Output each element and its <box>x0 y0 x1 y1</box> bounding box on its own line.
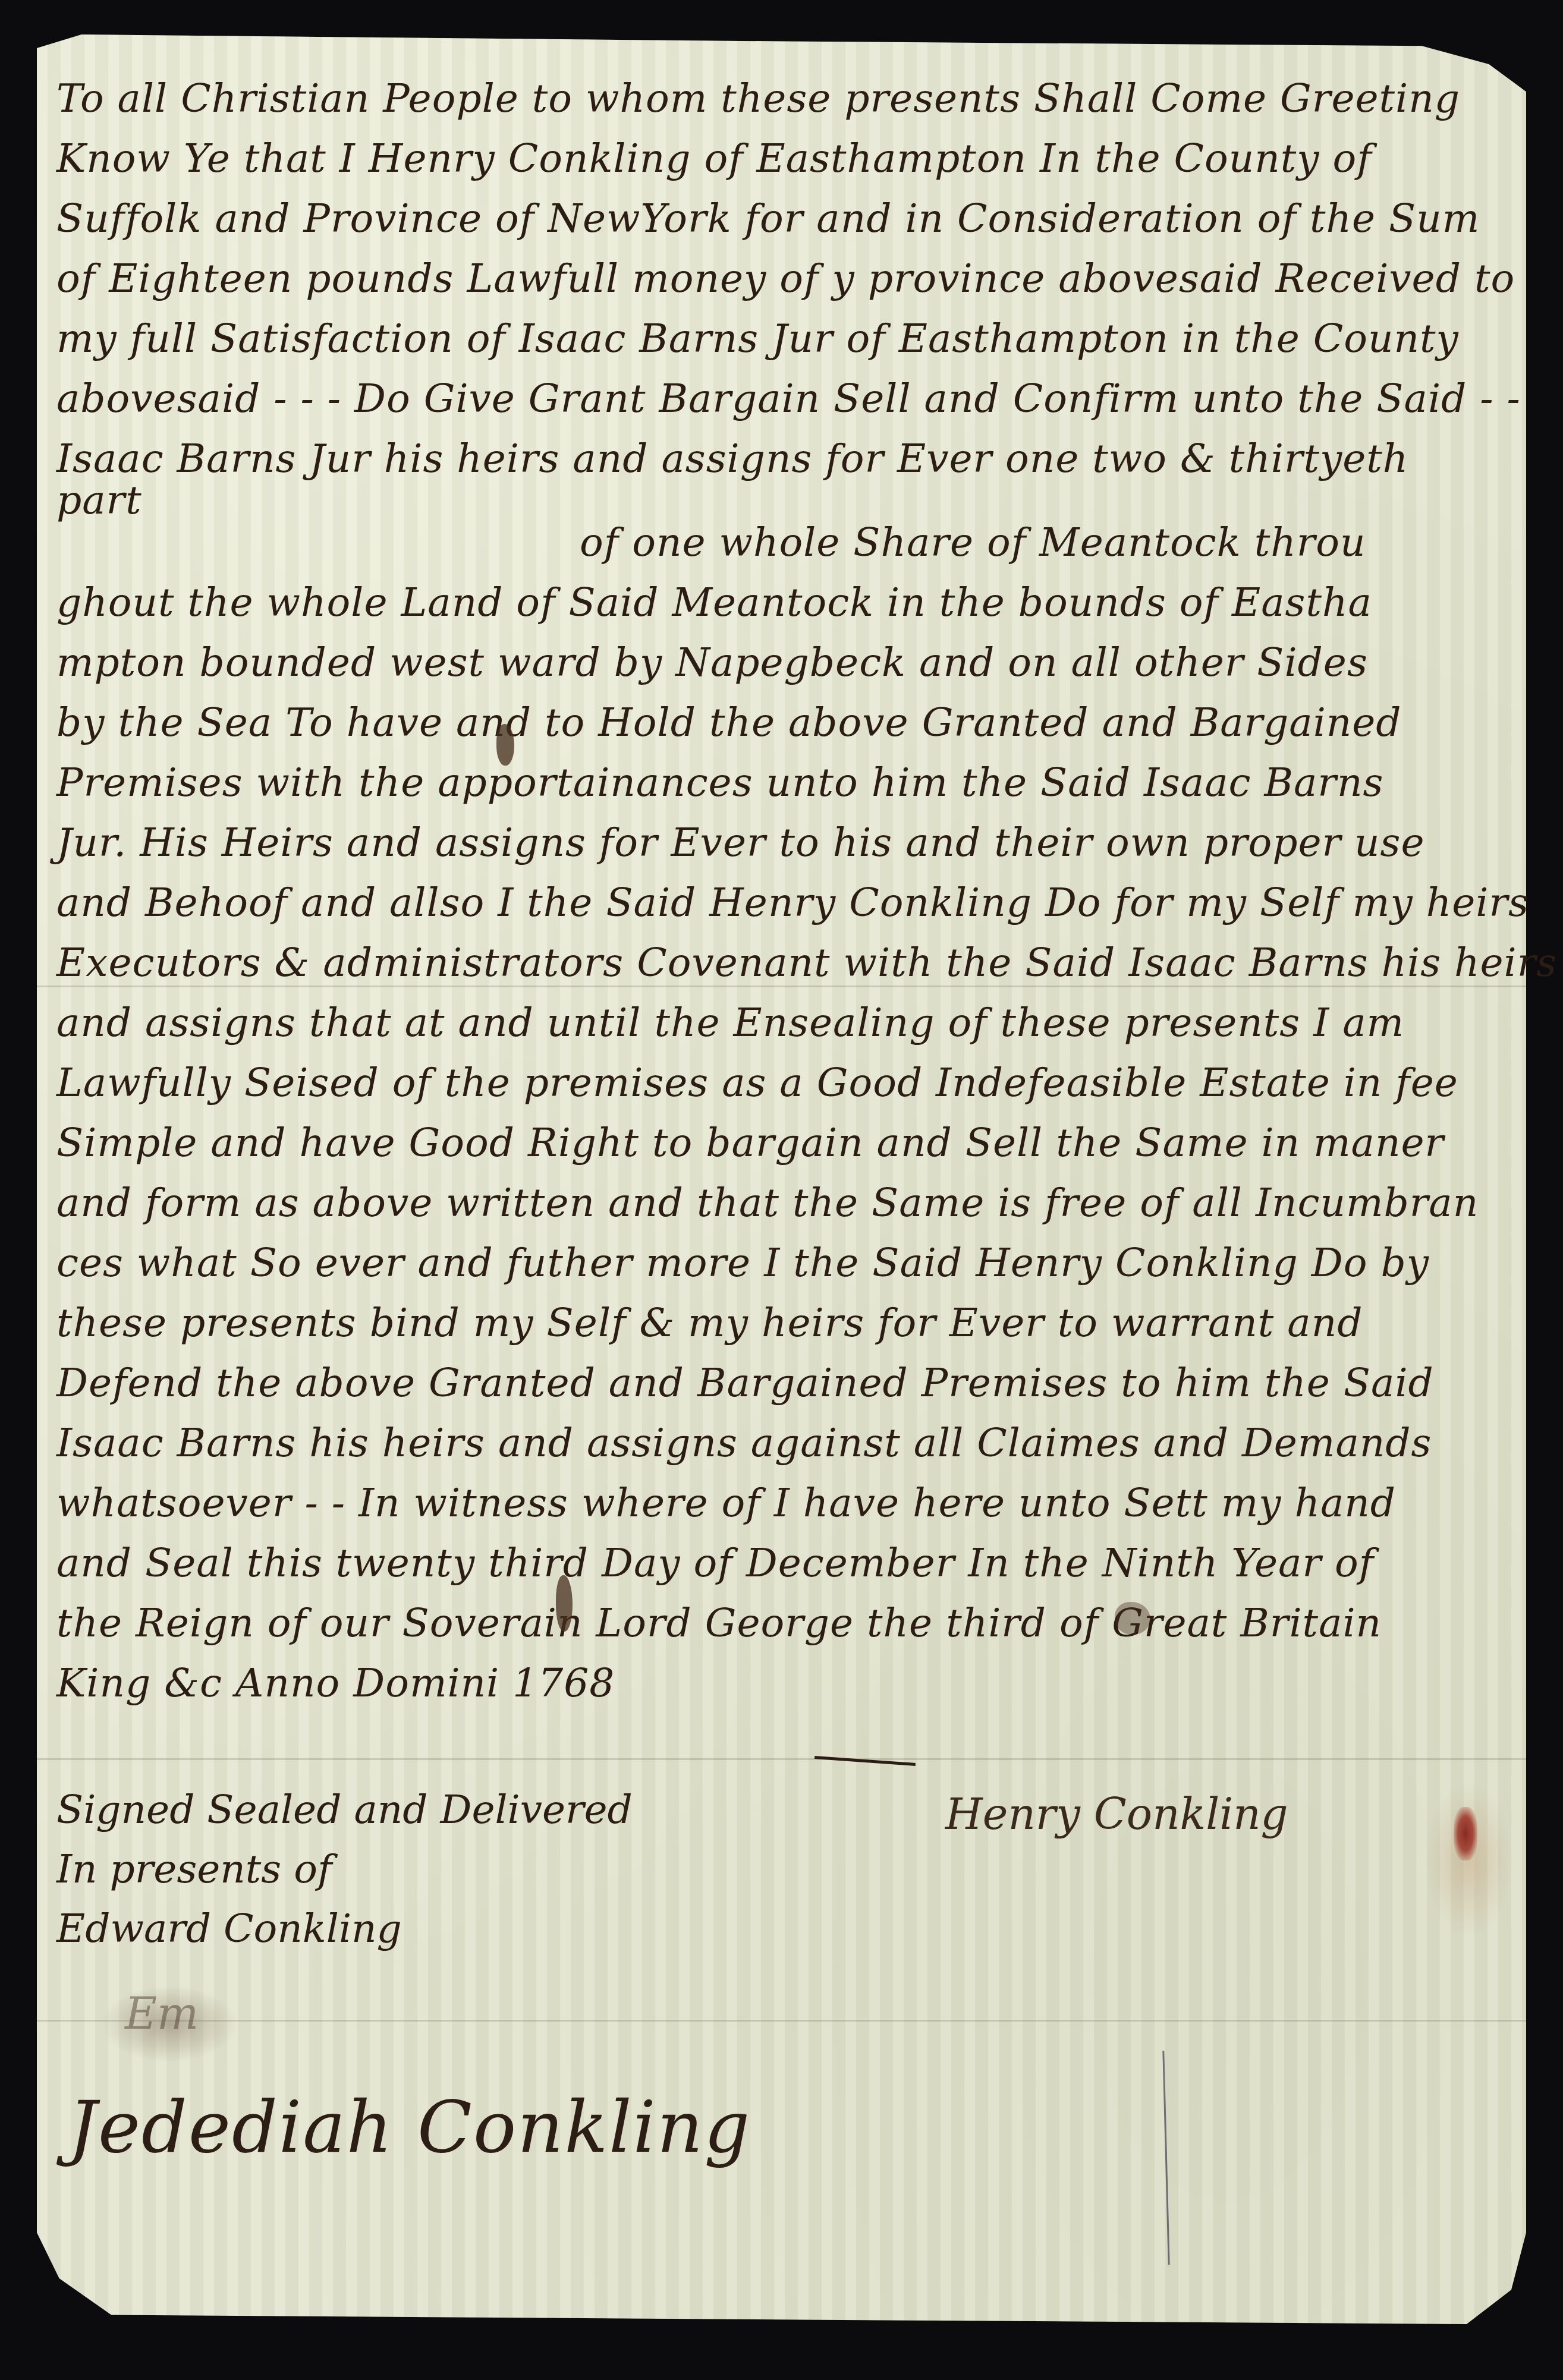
deed-line: Jur. His Heirs and assigns for Ever to h… <box>56 813 1495 873</box>
wax-seal <box>1454 1807 1477 1860</box>
deed-line: these presents bind my Self & my heirs f… <box>56 1293 1495 1353</box>
deed-line: Know Ye that I Henry Conkling of Eastham… <box>56 128 1495 188</box>
deed-line: whatsoever - - In witness where of I hav… <box>56 1473 1495 1533</box>
deed-line: of one whole Share of Meantock throu <box>56 512 1495 572</box>
deed-line: Isaac Barns his heirs and assigns agains… <box>56 1413 1495 1473</box>
deed-line: Simple and have Good Right to bargain an… <box>56 1113 1495 1173</box>
ink-blot <box>496 724 514 766</box>
ink-blot <box>1115 1602 1150 1635</box>
witness-signature: Edward Conkling <box>56 1899 1495 1959</box>
deed-line: ces what So ever and futher more I the S… <box>56 1233 1495 1293</box>
attestation-line: In presents of <box>56 1840 1495 1899</box>
paper-fold-line <box>37 1758 1526 1760</box>
deed-line: Executors & administrators Covenant with… <box>56 933 1495 993</box>
deed-line: and assigns that at and until the Enseal… <box>56 993 1495 1053</box>
grantor-signature: Henry Conkling <box>945 1789 1288 1839</box>
deed-line: To all Christian People to whom these pr… <box>56 68 1495 128</box>
deed-body-text: To all Christian People to whom these pr… <box>56 68 1495 1713</box>
deed-line: by the Sea To have and to Hold the above… <box>56 692 1495 753</box>
deed-line: and form as above written and that the S… <box>56 1173 1495 1233</box>
additional-signature: Jedediah Conkling <box>68 2086 751 2169</box>
deed-line: mpton bounded west ward by Napegbeck and… <box>56 632 1495 692</box>
ink-blot <box>556 1575 573 1632</box>
paper-fold-line <box>37 2020 1526 2022</box>
seal-stain <box>1424 1783 1513 1938</box>
deed-line: the Reign of our Soverain Lord George th… <box>56 1593 1495 1653</box>
deed-line: Defend the above Granted and Bargained P… <box>56 1353 1495 1413</box>
deed-line: and Behoof and allso I the Said Henry Co… <box>56 873 1495 933</box>
smudged-mark: Em <box>125 1988 199 2039</box>
deed-line: and Seal this twenty third Day of Decemb… <box>56 1533 1495 1593</box>
deed-line: Lawfully Seised of the premises as a Goo… <box>56 1053 1495 1113</box>
deed-line: of Eighteen pounds Lawfull money of y pr… <box>56 248 1495 308</box>
deed-line: King &c Anno Domini 1768 <box>56 1653 1495 1713</box>
deed-line: ghout the whole Land of Said Meantock in… <box>56 572 1495 632</box>
deed-line: Premises with the apportainances unto hi… <box>56 753 1495 813</box>
deed-line: part <box>56 489 1495 512</box>
deed-line: my full Satisfaction of Isaac Barns Jur … <box>56 308 1495 369</box>
deed-line: abovesaid - - - Do Give Grant Bargain Se… <box>56 369 1495 429</box>
deed-line: Isaac Barns Jur his heirs and assigns fo… <box>56 429 1495 489</box>
deed-line: Suffolk and Province of NewYork for and … <box>56 188 1495 248</box>
